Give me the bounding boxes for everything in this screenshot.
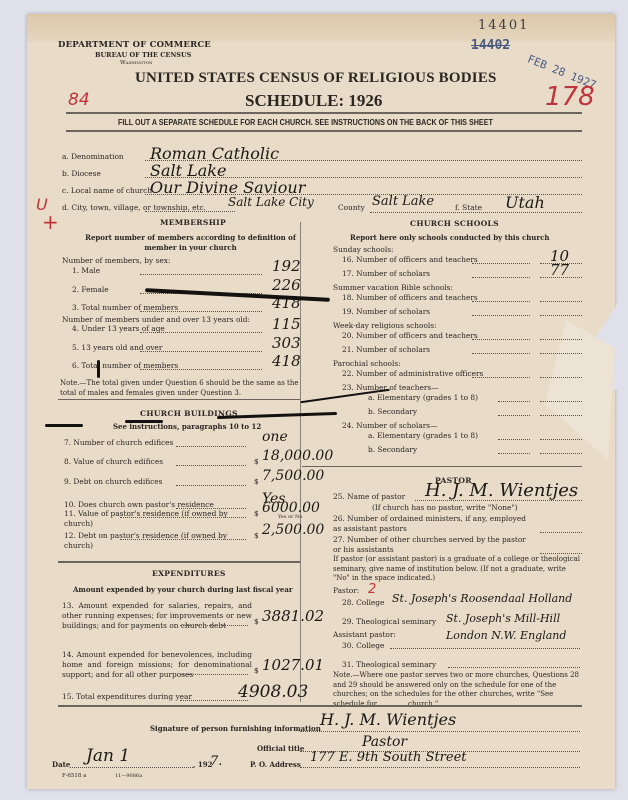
bureau-label: BUREAU OF THE CENSUS [95, 51, 191, 59]
membership-note: Note.—The total given under Question 6 s… [60, 378, 300, 398]
year-value[interactable]: 7. [210, 754, 222, 769]
dotted-leader [498, 453, 530, 454]
school-item-label: a. Elementary (grades 1 to 8) [368, 431, 478, 440]
school-group-title: Parochial schools: [333, 359, 401, 368]
ink-strike [45, 424, 83, 427]
signature-value[interactable]: H. J. M. Wientjes [320, 710, 456, 729]
building-item-label: 7. Number of church edifices [64, 438, 173, 447]
answer-line [540, 415, 582, 416]
answer-line [540, 401, 582, 402]
answer-line [540, 353, 582, 354]
dotted-leader [472, 353, 530, 354]
dotted-leader [140, 274, 262, 275]
building-item-currency: $ [254, 457, 259, 466]
expenditures-heading: EXPENDITURES [152, 569, 226, 578]
fill-out-instruction: FILL OUT A SEPARATE SCHEDULE FOR EACH CH… [118, 118, 493, 127]
form-title: UNITED STATES CENSUS OF RELIGIOUS BODIES [135, 70, 497, 87]
building-item-label: 9. Debt on church edifices [64, 477, 162, 486]
county-label: County [338, 203, 365, 212]
red-cross-mark: + [42, 210, 59, 234]
pastor-name-label: 25. Name of pastor [333, 492, 405, 501]
ident-label: a. Denomination [62, 152, 124, 161]
school-item-label: 21. Number of scholars [342, 345, 430, 354]
ident-value[interactable]: Salt Lake City [228, 195, 314, 209]
by-age-label: Number of members under and over 13 year… [62, 315, 250, 324]
school-item-label: 17. Number of scholars [342, 269, 430, 278]
dotted-leader [448, 667, 580, 668]
form-number: F-6518 a [62, 773, 86, 779]
school-item-label: 20. Number of officers and teachers [342, 331, 478, 340]
building-item-label: 8. Value of church edifices [64, 457, 163, 466]
buildings-subheading: See instructions, paragraphs 10 to 12 [113, 422, 261, 431]
expenditure-label: 14. Amount expended for benevolences, in… [62, 650, 252, 680]
state-label: f. State [455, 203, 482, 212]
dotted-leader [472, 377, 530, 378]
member-item-value[interactable]: 192 [272, 257, 301, 275]
school-item-value[interactable]: 77 [550, 261, 569, 279]
dotted-leader [180, 625, 248, 626]
membership-heading: MEMBERSHIP [160, 218, 226, 227]
answer-line [540, 439, 582, 440]
answer-line [540, 532, 582, 533]
dotted-leader [180, 674, 248, 675]
expenditure-label: 13. Amount expended for salaries, repair… [62, 601, 252, 631]
school-item-label: b. Secondary [368, 407, 417, 416]
answer-line [540, 553, 582, 554]
school-item-label: 24. Number of scholars— [342, 421, 438, 430]
dotted-leader [498, 415, 530, 416]
divider [58, 399, 300, 400]
school-group-title: Sunday schools: [333, 245, 393, 254]
building-item-label: 12. Debt on pastor's residence (if owned… [64, 531, 244, 550]
file-number: 14401 [478, 18, 529, 33]
seminary-label: 29. Theological seminary [342, 617, 436, 626]
school-group-title: Summer vacation Bible schools: [333, 283, 453, 292]
school-group-title: Week-day religious schools: [333, 321, 437, 330]
building-item-label: 11. Value of pastor's residence (if owne… [64, 509, 244, 528]
address-label: P. O. Address [250, 760, 301, 769]
school-item-label: 23. Number of teachers— [342, 383, 439, 392]
member-item-value[interactable]: 303 [272, 334, 301, 352]
county-value[interactable]: Salt Lake [372, 194, 434, 209]
currency-symbol: $ [254, 617, 259, 626]
assistant-college-label: 30. College [342, 641, 384, 650]
answer-line [540, 453, 582, 454]
pastor-name-value[interactable]: H. J. M. Wientjes [425, 480, 578, 501]
assistant-seminary-label: 31. Theological seminary [342, 660, 436, 669]
dotted-leader [390, 648, 580, 649]
school-item-label: a. Elementary (grades 1 to 8) [368, 393, 478, 402]
divider [66, 112, 582, 114]
school-item-label: 16. Number of officers and teachers [342, 255, 478, 264]
dotted-leader [472, 277, 530, 278]
dotted-leader [176, 485, 246, 486]
membership-subheading: Report number of members according to de… [83, 233, 298, 253]
pastor-sub-label: Pastor: [333, 586, 359, 595]
date-label: Date [52, 760, 70, 769]
dotted-leader [498, 439, 530, 440]
answer-line [540, 301, 582, 302]
building-item-currency: $ [254, 477, 259, 486]
divider [58, 561, 300, 563]
signature-label: Signature of person furnishing informati… [150, 724, 321, 733]
graduate-note: If pastor (or assistant pastor) is a gra… [333, 555, 583, 584]
answer-line [540, 315, 582, 316]
school-item-label: 19. Number of scholars [342, 307, 430, 316]
member-item-label: 1. Male [72, 266, 100, 275]
official-title-value[interactable]: Pastor [362, 734, 407, 750]
answer-line [540, 377, 582, 378]
dotted-leader [498, 401, 530, 402]
ident-label: c. Local name of church [62, 186, 152, 195]
divider [302, 466, 582, 467]
member-item-value[interactable]: 115 [272, 315, 301, 333]
building-item-currency: $ [254, 531, 259, 540]
dotted-leader [300, 731, 580, 732]
divider [58, 705, 582, 707]
member-item-label: 2. Female [72, 285, 109, 294]
department-label: DEPARTMENT OF COMMERCE [58, 40, 211, 50]
dotted-leader [370, 212, 582, 213]
building-item-value[interactable]: 2,500.00 [262, 522, 324, 538]
pastor-count-mark: 2 [368, 582, 376, 597]
state-value[interactable]: Utah [505, 193, 545, 212]
old-file-number: 14402 [471, 38, 510, 53]
expenditure-value[interactable]: 1027.01 [262, 656, 324, 674]
print-number: 11—9086a [115, 773, 142, 779]
expenditure-label: 15. Total expenditures during year [62, 692, 192, 701]
dotted-leader [472, 315, 530, 316]
school-item-label: 18. Number of officers and teachers [342, 293, 478, 302]
dotted-leader [140, 369, 262, 370]
building-item-value[interactable]: one [262, 429, 288, 445]
dotted-leader [176, 465, 246, 466]
member-item-value[interactable]: 418 [272, 352, 301, 370]
by-sex-label: Number of members, by sex: [62, 256, 170, 265]
pastor-item-label: 26. Number of ordained ministers, if any… [333, 514, 533, 534]
schedule-title: SCHEDULE: 1926 [245, 91, 382, 111]
dotted-leader [300, 767, 580, 768]
college-value[interactable]: St. Joseph's Roosendaal Holland [392, 592, 572, 605]
dotted-leader [140, 332, 262, 333]
red-annotation-left: 84 [68, 90, 90, 110]
red-annotation-right: 178 [545, 82, 595, 112]
city-label: Washington [120, 60, 153, 66]
dotted-leader [140, 311, 262, 312]
official-title-label: Official title [257, 744, 304, 753]
school-item-label: b. Secondary [368, 445, 417, 454]
date-value[interactable]: Jan 1 [86, 746, 130, 766]
divider [66, 130, 582, 132]
dotted-leader [120, 517, 246, 518]
schools-subheading: Report here only schools conducted by th… [350, 233, 549, 242]
answer-line [540, 339, 582, 340]
dotted-leader [472, 339, 530, 340]
yes-no-hint: Yes or No [278, 514, 302, 520]
schools-heading: CHURCH SCHOOLS [410, 219, 499, 228]
building-item-currency: $ [254, 509, 259, 518]
school-item-label: 22. Number of administrative officers [342, 369, 483, 378]
assistant-pastor-label: Assistant pastor: [333, 630, 396, 639]
college-label: 28. College [342, 598, 384, 607]
dotted-leader [140, 351, 262, 352]
building-item-value[interactable]: 18,000.00 [262, 448, 333, 464]
currency-symbol: $ [254, 666, 259, 675]
dotted-leader [145, 211, 235, 212]
dotted-leader [472, 301, 530, 302]
member-item-value[interactable]: 226 [272, 276, 301, 294]
dotted-leader [120, 539, 246, 540]
address-value[interactable]: 177 E. 9th South Street [310, 750, 467, 765]
expenditures-subheading: Amount expended by your church during la… [73, 585, 293, 594]
pastor-item-label: 27. Number of other churches served by t… [333, 535, 533, 555]
pastor-name-hint: (If church has no pastor, write "None") [372, 503, 518, 512]
ident-label: b. Diocese [62, 169, 101, 178]
dotted-leader [70, 767, 193, 768]
building-item-value[interactable]: 7,500.00 [262, 468, 324, 484]
expenditure-value[interactable]: 3881.02 [262, 607, 324, 625]
pastor-footnote: Note.—Where one pastor serves two or mor… [333, 671, 583, 709]
dotted-leader [176, 446, 246, 447]
seminary-value[interactable]: St. Joseph's Mill-Hill London N.W. Engla… [446, 610, 596, 644]
dotted-leader [472, 263, 530, 264]
ink-strike [125, 420, 163, 423]
ink-strike [97, 360, 100, 378]
expenditure-value[interactable]: 4908.03 [238, 682, 308, 702]
